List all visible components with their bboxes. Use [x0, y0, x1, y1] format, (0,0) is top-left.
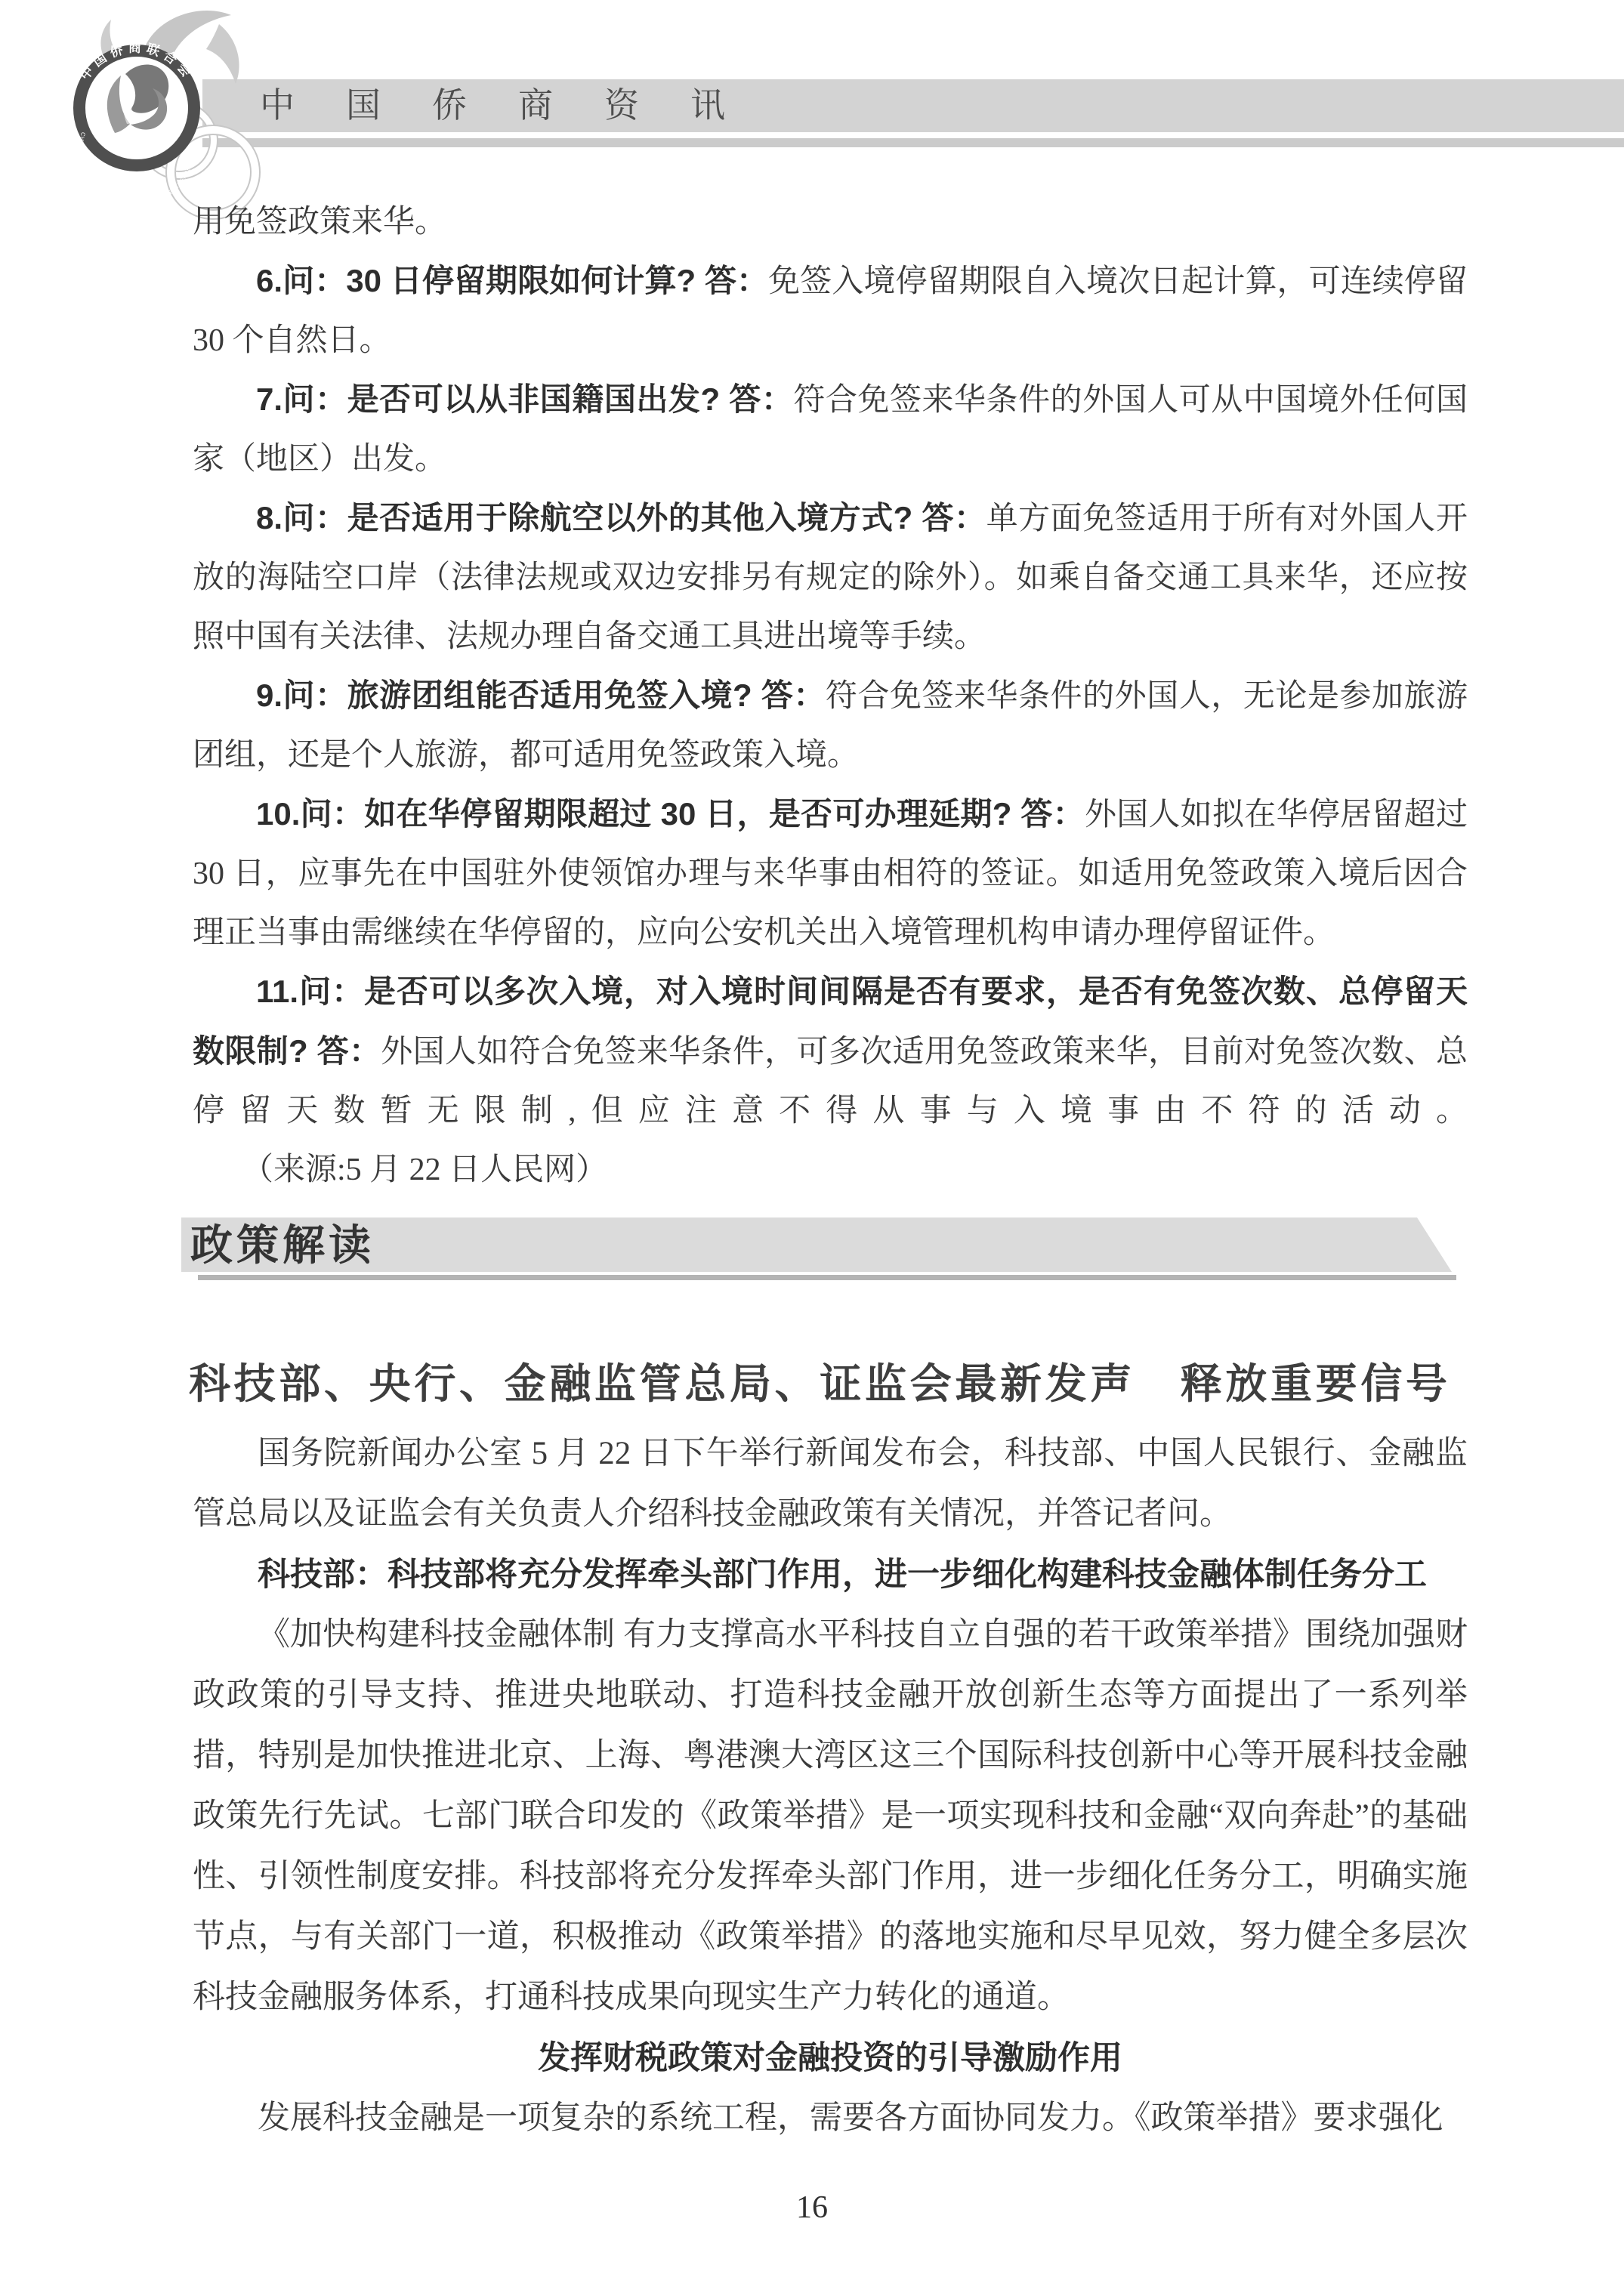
newsletter-page: { "page": { "number": "16" }, "colors": … — [0, 0, 1624, 2293]
paragraph: 科技部：科技部将充分发挥牵头部门作用，进一步细化构建科技金融体制任务分工 — [193, 1545, 1468, 1605]
qa-question: 7.问：是否可以从非国籍国出发? 答： — [256, 381, 793, 417]
masthead-subbar — [202, 138, 1624, 147]
qa-item: 9.问：旅游团组能否适用免签入境? 答：符合免签来华条件的外国人，无论是参加旅游… — [193, 666, 1468, 785]
qa-answer: 外国人如符合免签来华条件，可多次适用免签政策来华，目前对免签次数、总停留天数暂无… — [193, 1035, 1468, 1128]
qa-item: 11.问：是否可以多次入境，对入境时间间隔是否有要求，是否有免签次数、总停留天数… — [193, 962, 1468, 1199]
qa-item: 6.问：30 日停留期限如何计算? 答：免签入境停留期限自入境次日起计算，可连续… — [193, 252, 1468, 370]
paragraph: 发挥财税政策对金融投资的引导激励作用 — [193, 2028, 1468, 2088]
qa-continued-line: 用免签政策来华。 — [193, 193, 1468, 252]
qa-question: 6.问：30 日停留期限如何计算? 答： — [256, 263, 768, 298]
paragraph: 《加快构建科技金融体制 有力支撑高水平科技自立自强的若干政策举措》围绕加强财政政… — [193, 1605, 1468, 2028]
qa-item: 7.问：是否可以从非国籍国出发? 答：符合免签来华条件的外国人可从中国境外任何国… — [193, 370, 1468, 489]
source-credit: （来源:5 月 22 日人民网） — [258, 1153, 607, 1187]
qa-item: 10.问：如在华停留期限超过 30 日，是否可办理延期? 答：外国人如拟在华停居… — [193, 785, 1468, 962]
paragraph: 发展科技金融是一项复杂的系统工程，需要各方面协同发力。《政策举措》要求强化 — [193, 2088, 1468, 2149]
qa-question: 10.问：如在华停留期限超过 30 日，是否可办理延期? 答： — [256, 796, 1085, 832]
qa-question: 8.问：是否适用于除航空以外的其他入境方式? 答： — [256, 500, 986, 535]
page-number: 16 — [0, 2185, 1624, 2230]
section-banner: 政策解读 — [181, 1217, 1452, 1272]
paragraph: 国务院新闻办公室 5 月 22 日下午举行新闻发布会，科技部、中国人民银行、金融… — [193, 1424, 1468, 1545]
article-headline: 科技部、央行、金融监管总局、证监会最新发声 释放重要信号 — [189, 1352, 1447, 1415]
logo-swoosh-shape — [206, 24, 239, 84]
section-banner-label: 政策解读 — [190, 1217, 375, 1272]
qa-section: 用免签政策来华。 6.问：30 日停留期限如何计算? 答：免签入境停留期限自入境… — [193, 193, 1468, 1199]
masthead-bar: 中国侨商资讯 — [202, 79, 1624, 132]
masthead-title: 中国侨商资讯 — [260, 79, 776, 132]
qa-question: 9.问：旅游团组能否适用免签入境? 答： — [256, 677, 826, 713]
section-banner-shadow — [198, 1275, 1456, 1280]
article-body: 国务院新闻办公室 5 月 22 日下午举行新闻发布会，科技部、中国人民银行、金融… — [193, 1424, 1468, 2149]
qa-item: 8.问：是否适用于除航空以外的其他入境方式? 答：单方面免签适用于所有对外国人开… — [193, 489, 1468, 666]
